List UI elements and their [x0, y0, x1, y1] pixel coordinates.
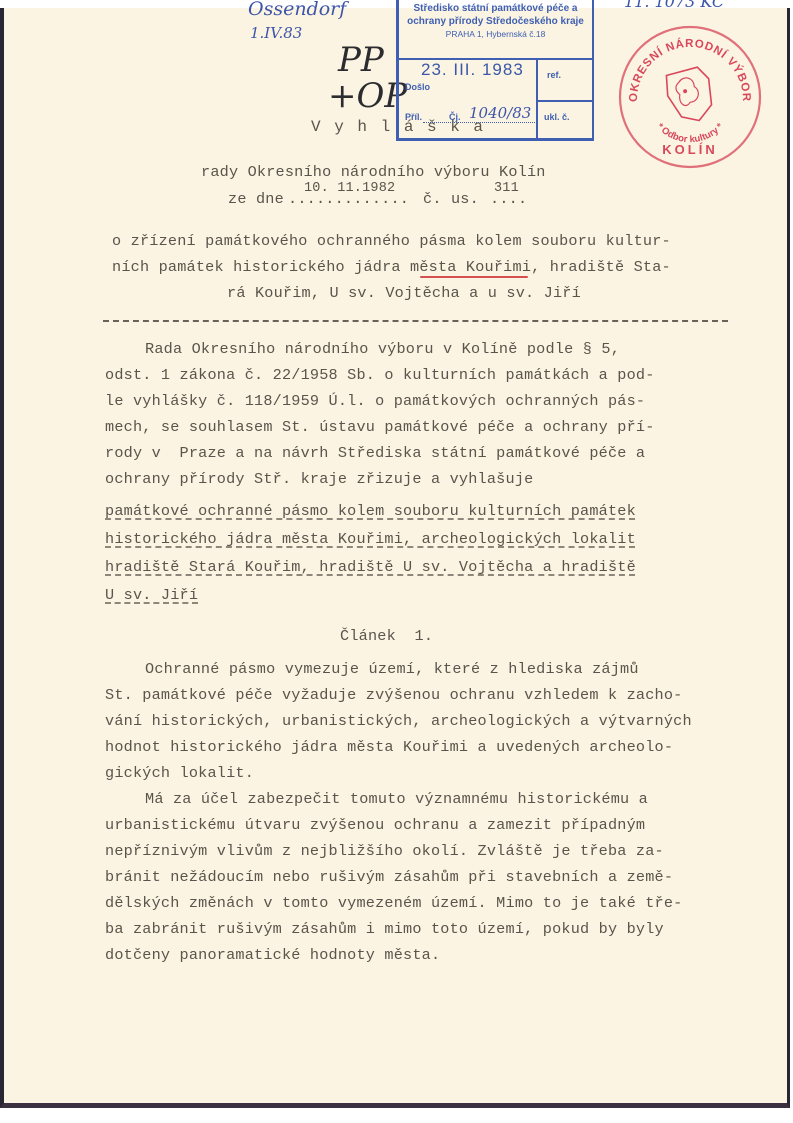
stamp-line-1: Středisko státní památkové péče a [399, 2, 592, 15]
date-prefix: ze dne [228, 190, 284, 208]
article-line: ba zabránit rušivým zásahům i mimo toto … [105, 920, 664, 938]
article-line: dotčeny panoramatické hodnoty města. [105, 946, 440, 964]
article-line: Ochranné pásmo vymezuje území, které z h… [145, 660, 639, 678]
handwritten-top-right-note: 11. 1073 KC [624, 0, 724, 11]
declared-zone-line: hradiště Stará Kouřim, hradiště U sv. Vo… [105, 558, 636, 576]
article-line: nepříznivým vlivům z nejbližšího okolí. … [105, 842, 664, 860]
stamp-ref-label: ref. [547, 70, 561, 80]
resolution-label: č. us. [423, 190, 479, 208]
stamp-storage-label: ukl. č. [544, 112, 570, 122]
article-line: bránit nežádoucím nebo rušivým zásahům p… [105, 868, 673, 886]
declared-zone-line: památkové ochranné pásmo kolem souboru k… [105, 502, 636, 520]
preamble-line: ochrany přírody Stř. kraje zřizuje a vyh… [105, 470, 533, 488]
handwritten-name: Ossendorf [248, 0, 346, 20]
article-line: St. památkové péče vyžaduje zvýšenou och… [105, 686, 682, 704]
resolution-number: 311 [494, 181, 519, 196]
article-line: gických lokalit. [105, 764, 254, 782]
article-line: hodnot historického jádra města Kouřimi … [105, 738, 673, 756]
seal-emblem-icon: OKRESNÍ NÁRODNÍ VÝBOR * Odbor kultury * … [615, 22, 765, 172]
preamble-line: le vyhlášky č. 118/1959 Ú.l. o památkový… [105, 392, 645, 410]
declared-zone-line: historického jádra města Kouřimi, archeo… [105, 530, 636, 548]
document-title: V y h l á š k a [311, 118, 485, 136]
official-seal: OKRESNÍ NÁRODNÍ VÝBOR * Odbor kultury * … [615, 22, 765, 172]
red-pencil-underline [420, 276, 528, 278]
separator-line [103, 320, 728, 322]
stamp-divider [536, 100, 592, 102]
subject-line: o zřízení památkového ochranného pásma k… [112, 232, 671, 250]
stamp-divider [536, 58, 538, 138]
stamp-line-2: ochrany přírody Středočeského kraje [399, 15, 592, 28]
preamble-line: mech, se souhlasem St. ústavu památkové … [105, 418, 655, 436]
article-line: dělských změnách v tomto vymezeném území… [105, 894, 682, 912]
subject-line: ních památek historického jádra města Ko… [112, 258, 671, 276]
article-line: Má za účel zabezpečit tomuto významnému … [145, 790, 648, 808]
subject-line: rá Kouřim, U sv. Vojtěcha a u sv. Jiří [227, 284, 581, 302]
article-line: urbanistickému útvaru zvýšenou ochranu a… [105, 816, 645, 834]
preamble-line: odst. 1 zákona č. 22/1958 Sb. o kulturní… [105, 366, 655, 384]
declared-zone-line: U sv. Jiří [105, 586, 198, 604]
stamp-date-received: 23. III. 1983 [421, 60, 524, 80]
preamble-line: rody v Praze a na návrh Střediska státní… [105, 444, 645, 462]
handwritten-initials-pp: PP [338, 40, 384, 80]
stamp-received-label: Došlo [405, 82, 430, 92]
preamble-line: Rada Okresního národního výboru v Kolíně… [145, 340, 620, 358]
stamp-line-3: PRAHA 1, Hybernská č.18 [399, 28, 592, 41]
document-subtitle: rady Okresního národního výboru Kolín [201, 163, 546, 181]
document-date: 10. 11.1982 [304, 181, 395, 196]
svg-text:KOLÍN: KOLÍN [662, 142, 717, 157]
article-line: vání historických, urbanistických, arche… [105, 712, 692, 730]
article-heading: Článek 1. [340, 627, 433, 645]
handwritten-date: 1.IV.83 [250, 24, 302, 42]
